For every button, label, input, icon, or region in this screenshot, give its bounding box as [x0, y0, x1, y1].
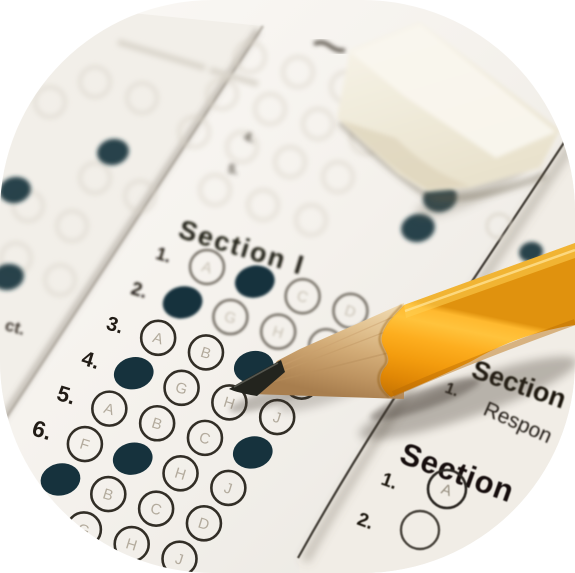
answer-bubble	[19, 498, 53, 532]
bubble-letter: F	[29, 506, 43, 525]
answer-sheet-photo: ct. 4.5. Section I 1.ACD2.GHJ3.ABD4.GHJ5…	[0, 0, 575, 573]
scene: ct. 4.5. Section I 1.ACD2.GHJ3.ABD4.GHJ5…	[0, 0, 575, 573]
